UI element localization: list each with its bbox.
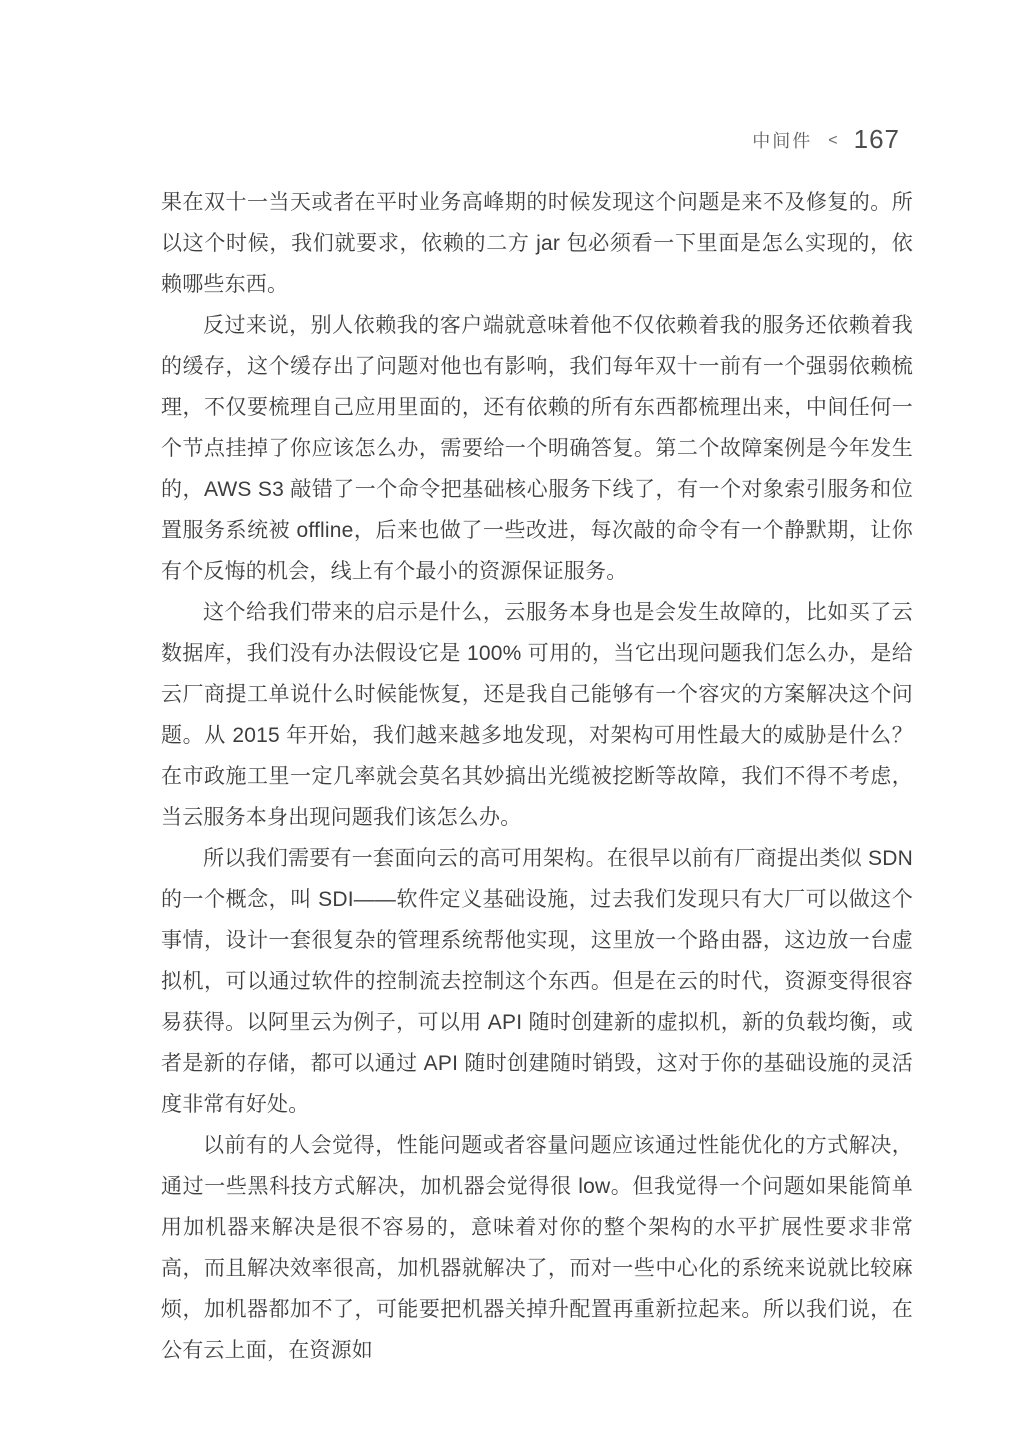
running-header: 中间件 < 167: [752, 124, 900, 155]
book-page: 中间件 < 167 果在双十一当天或者在平时业务高峰期的时候发现这个问题是来不及…: [0, 0, 1031, 1440]
page-body: 果在双十一当天或者在平时业务高峰期的时候发现这个问题是来不及修复的。所以这个时候…: [161, 182, 913, 1371]
paragraph: 反过来说，别人依赖我的客户端就意味着他不仅依赖着我的服务还依赖着我的缓存，这个缓…: [161, 305, 913, 592]
page-number: 167: [854, 124, 900, 155]
paragraph: 这个给我们带来的启示是什么，云服务本身也是会发生故障的，比如买了云数据库，我们没…: [161, 592, 913, 838]
paragraph: 所以我们需要有一套面向云的高可用架构。在很早以前有厂商提出类似 SDN 的一个概…: [161, 838, 913, 1125]
paragraph: 以前有的人会觉得，性能问题或者容量问题应该通过性能优化的方式解决，通过一些黑科技…: [161, 1125, 913, 1371]
header-separator: <: [828, 132, 837, 150]
chapter-title: 中间件: [752, 127, 812, 153]
paragraph-continuation: 果在双十一当天或者在平时业务高峰期的时候发现这个问题是来不及修复的。所以这个时候…: [161, 182, 913, 305]
